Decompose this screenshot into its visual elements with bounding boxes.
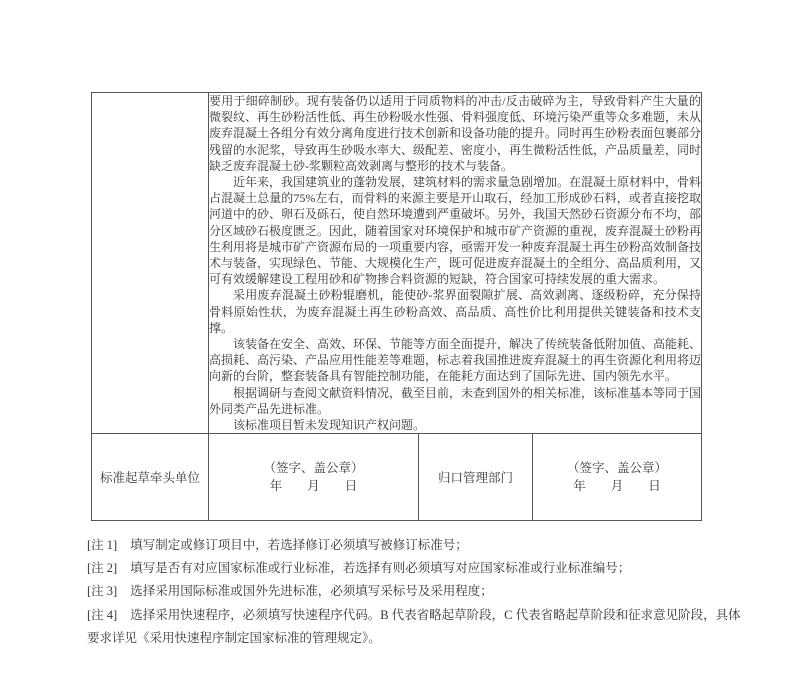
standard-project-form-table: 要用于细碎制砂。现有装备仍以适用于同质物料的冲击/反击破碎为主，导致骨料产生大量…: [91, 92, 702, 521]
signature-block: （签字、盖公章） 年 月 日: [533, 459, 701, 495]
row-header-cell-empty: [92, 93, 209, 434]
footnote-text: 填写制定或修订项目中，若选择修订必须填写被修订标准号；: [130, 538, 468, 552]
date-line: 年 月 日: [209, 477, 418, 495]
description-paragraph: 要用于细碎制砂。现有装备仍以适用于同质物料的冲击/反击破碎为主，导致骨料产生大量…: [209, 93, 701, 174]
description-paragraph: 该标准项目暂未发现知识产权问题。: [209, 417, 701, 433]
management-dept-cell: 归口管理部门: [419, 434, 533, 521]
drafting-unit-label: 标准起草牵头单位: [100, 471, 200, 485]
footnote-item: [注 2]填写是否有对应国家标准或行业标准，若选择有则必须填写对应国家标准或行业…: [87, 557, 751, 580]
footnote-text: 选择采用国际标准或国外先进标准，必须填写采标号及采用程度；: [130, 584, 493, 598]
sign-seal-label: （签字、盖公章）: [209, 459, 418, 477]
footnote-label: [注 2]: [87, 561, 117, 575]
footnotes-section: [注 1]填写制定或修订项目中，若选择修订必须填写被修订标准号； [注 2]填写…: [87, 534, 751, 650]
description-paragraph: 根据调研与查阅文献资料情况，截至目前，未查到国外的相关标准，该标准基本等同于国外…: [209, 385, 701, 417]
drafting-unit-signature-cell: （签字、盖公章） 年 月 日: [209, 434, 419, 521]
management-dept-label: 归口管理部门: [438, 471, 513, 485]
description-paragraph: 该装备在安全、高效、环保、节能等方面全面提升，解决了传统装备低附加值、高能耗、高…: [209, 336, 701, 385]
sign-seal-label: （签字、盖公章）: [533, 459, 701, 477]
footnote-label: [注 4]: [87, 608, 117, 622]
footnote-item: [注 1]填写制定或修订项目中，若选择修订必须填写被修订标准号；: [87, 534, 751, 557]
description-paragraph: 采用废弃混凝土砂粉辊磨机，能使砂-浆界面裂隙扩展、高效剥离、逐级粉碎，充分保持骨…: [209, 287, 701, 336]
footnote-label: [注 3]: [87, 584, 117, 598]
project-description-cell: 要用于细碎制砂。现有装备仍以适用于同质物料的冲击/反击破碎为主，导致骨料产生大量…: [209, 93, 702, 434]
description-row: 要用于细碎制砂。现有装备仍以适用于同质物料的冲击/反击破碎为主，导致骨料产生大量…: [92, 93, 702, 434]
footnote-label: [注 1]: [87, 538, 117, 552]
signature-block: （签字、盖公章） 年 月 日: [209, 459, 418, 495]
management-dept-signature-cell: （签字、盖公章） 年 月 日: [533, 434, 702, 521]
footnote-item: [注 3]选择采用国际标准或国外先进标准，必须填写采标号及采用程度；: [87, 580, 751, 603]
footnote-text: 选择采用快速程序，必须填写快速程序代码。B 代表省略起草阶段，C 代表省略起草阶…: [87, 608, 741, 645]
footnote-item: [注 4]选择采用快速程序，必须填写快速程序代码。B 代表省略起草阶段，C 代表…: [87, 604, 751, 650]
footnote-text: 填写是否有对应国家标准或行业标准，若选择有则必须填写对应国家标准或行业标准编号；: [130, 561, 630, 575]
description-paragraph: 近年来，我国建筑业的蓬勃发展，建筑材料的需求量急剧增加。在混凝土原材料中，骨料占…: [209, 174, 701, 287]
scanned-form-page: 要用于细碎制砂。现有装备仍以适用于同质物料的冲击/反击破碎为主，导致骨料产生大量…: [0, 0, 794, 696]
signature-row: 标准起草牵头单位 （签字、盖公章） 年 月 日 归口管理部门 （签字、盖公章） …: [92, 434, 702, 521]
date-line: 年 月 日: [533, 477, 701, 495]
drafting-unit-cell: 标准起草牵头单位: [92, 434, 209, 521]
